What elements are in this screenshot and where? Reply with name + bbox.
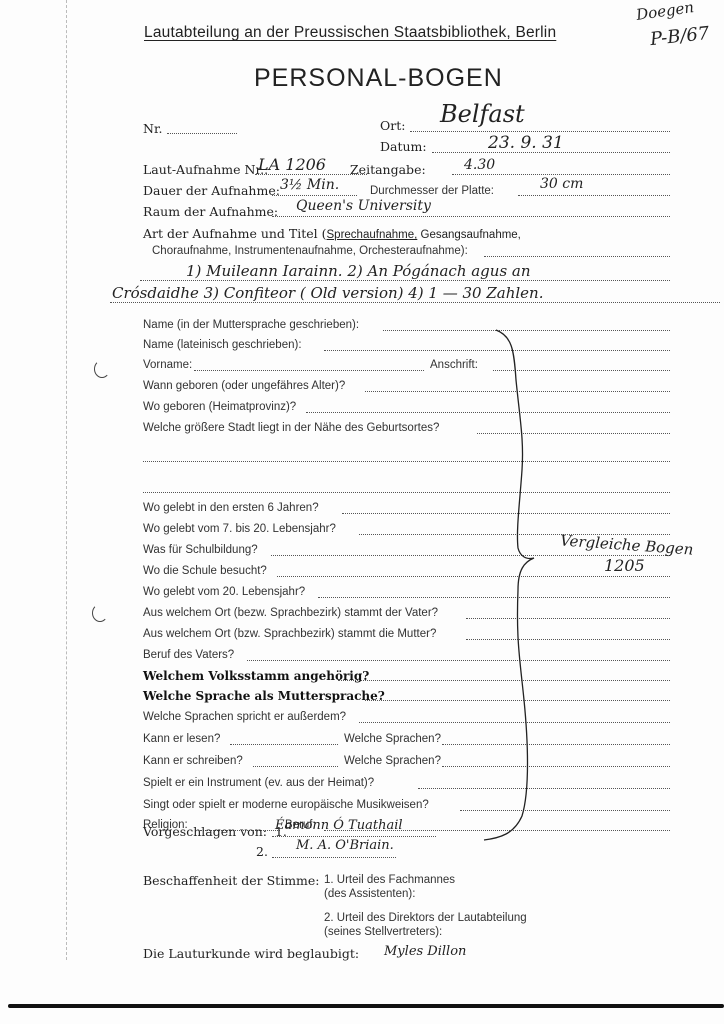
personal-bogen-form: Lautabteilung an der Preussischen Staats… — [0, 0, 724, 1024]
page-bottom-edge — [8, 1004, 724, 1008]
brace-line-drawing — [0, 0, 724, 1024]
